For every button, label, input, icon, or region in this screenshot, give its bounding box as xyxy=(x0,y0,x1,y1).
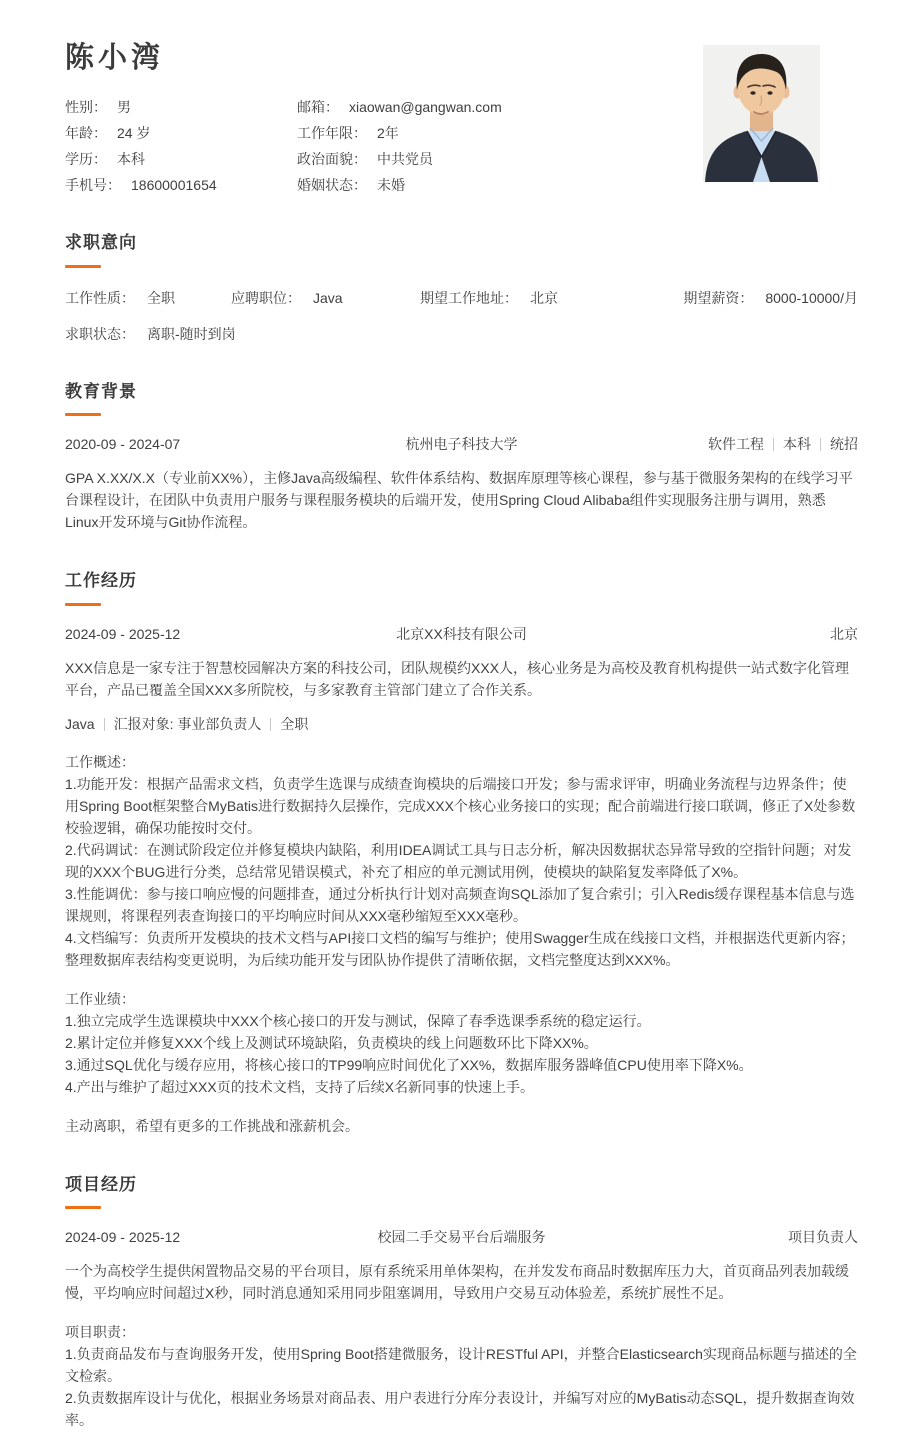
divider xyxy=(820,438,821,451)
section-title-project: 项目经历 xyxy=(65,1175,858,1195)
education-description: GPA X.XX/X.X（专业前XX%），主修Java高级编程、软件体系结构、数… xyxy=(65,467,858,533)
info-age: 年龄：24 岁 xyxy=(65,123,297,143)
work-location: 北京 xyxy=(643,624,858,644)
work-overview-item: 1.功能开发：根据产品需求文档，负责学生选课与成绩查询模块的后端接口开发；参与需… xyxy=(65,773,858,839)
info-degree: 学历：本科 xyxy=(65,149,297,169)
section-title-job-intent: 求职意向 xyxy=(65,233,858,253)
section-underline xyxy=(65,413,101,416)
project-duty-block: 项目职责： 1.负责商品发布与查询服务开发，使用Spring Boot搭建微服务… xyxy=(65,1321,858,1431)
info-phone: 手机号：18600001654 xyxy=(65,175,297,195)
education-degree: 本科 xyxy=(783,436,811,452)
section-project-experience: 项目经历 2024-09 - 2025-12 校园二手交易平台后端服务 项目负责… xyxy=(65,1175,858,1431)
work-achievement-item: 2.累计定位并修复XXX个线上及测试环境缺陷，负责模块的线上问题数环比下降XX%… xyxy=(65,1032,858,1054)
work-employment-type: 全职 xyxy=(280,716,308,732)
profile-photo xyxy=(703,45,820,182)
work-achievement-block: 工作业绩： 1.独立完成学生选课模块中XXX个核心接口的开发与测试，保障了春季选… xyxy=(65,988,858,1098)
section-underline xyxy=(65,603,101,606)
section-education: 教育背景 2020-09 - 2024-07 杭州电子科技大学 软件工程本科统招… xyxy=(65,382,858,533)
job-intent-row: 工作性质：全职 应聘职位：Java 期望工作地址：北京 期望薪资：8000-10… xyxy=(65,288,858,308)
work-overview-item: 3.性能调优：参与接口响应慢的问题排查，通过分析执行计划对高频查询SQL添加了复… xyxy=(65,883,858,927)
project-name: 校园二手交易平台后端服务 xyxy=(280,1227,643,1247)
project-duty-title: 项目职责： xyxy=(65,1321,858,1343)
work-company: 北京XX科技有限公司 xyxy=(280,624,643,644)
work-achievement-item: 4.产出与维护了超过XXX页的技术文档，支持了后续X名新同事的快速上手。 xyxy=(65,1076,858,1098)
work-leave-reason: 主动离职，希望有更多的工作挑战和涨薪机会。 xyxy=(65,1115,858,1137)
project-period: 2024-09 - 2025-12 xyxy=(65,1227,280,1247)
field-target-location: 期望工作地址：北京 xyxy=(420,288,625,308)
project-description: 一个为高校学生提供闲置物品交易的平台项目，原有系统采用单体架构，在并发发布商品时… xyxy=(65,1260,858,1304)
section-underline xyxy=(65,265,101,268)
field-job-status: 求职状态：离职-随时到岗 xyxy=(65,324,858,344)
project-duty-item: 2.负责数据库设计与优化，根据业务场景对商品表、用户表进行分库分表设计，并编写对… xyxy=(65,1387,858,1431)
work-entry-row: 2024-09 - 2025-12 北京XX科技有限公司 北京 xyxy=(65,624,858,644)
field-job-type: 工作性质：全职 xyxy=(65,288,231,308)
section-job-intent: 求职意向 工作性质：全职 应聘职位：Java 期望工作地址：北京 期望薪资：80… xyxy=(65,233,858,343)
info-gender: 性别：男 xyxy=(65,97,297,117)
work-overview-item: 2.代码调试：在测试阶段定位并修复模块内缺陷，利用IDEA调试工具与日志分析，解… xyxy=(65,839,858,883)
education-major: 软件工程 xyxy=(708,436,764,452)
resume-page: 陈小湾 性别：男 邮箱：xiaowan@gangwan.com 年龄：24 岁 … xyxy=(0,0,900,1449)
portrait-illustration xyxy=(703,45,820,182)
project-duty-item: 1.负责商品发布与查询服务开发，使用Spring Boot搭建微服务，设计RES… xyxy=(65,1343,858,1387)
work-report-to: 汇报对象: 事业部负责人 xyxy=(114,716,262,732)
divider xyxy=(773,438,774,451)
work-overview-title: 工作概述： xyxy=(65,751,858,773)
education-entry-row: 2020-09 - 2024-07 杭州电子科技大学 软件工程本科统招 xyxy=(65,434,858,454)
project-entry-row: 2024-09 - 2025-12 校园二手交易平台后端服务 项目负责人 xyxy=(65,1227,858,1247)
education-school: 杭州电子科技大学 xyxy=(280,434,643,454)
work-overview-block: 工作概述： 1.功能开发：根据产品需求文档，负责学生选课与成绩查询模块的后端接口… xyxy=(65,751,858,971)
section-title-work: 工作经历 xyxy=(65,571,858,591)
section-underline xyxy=(65,1206,101,1209)
field-target-position: 应聘职位：Java xyxy=(231,288,420,308)
education-meta: 软件工程本科统招 xyxy=(643,434,858,454)
education-period: 2020-09 - 2024-07 xyxy=(65,434,280,454)
section-title-education: 教育背景 xyxy=(65,382,858,402)
resume-header: 陈小湾 性别：男 邮箱：xiaowan@gangwan.com 年龄：24 岁 … xyxy=(65,42,858,195)
divider xyxy=(270,718,271,731)
field-expected-salary: 期望薪资：8000-10000/月 xyxy=(683,288,858,308)
project-role: 项目负责人 xyxy=(643,1227,858,1247)
education-enrollment-type: 统招 xyxy=(830,436,858,452)
section-work-experience: 工作经历 2024-09 - 2025-12 北京XX科技有限公司 北京 XXX… xyxy=(65,571,858,1136)
work-achievement-item: 1.独立完成学生选课模块中XXX个核心接口的开发与测试，保障了春季选课季系统的稳… xyxy=(65,1010,858,1032)
work-achievement-title: 工作业绩： xyxy=(65,988,858,1010)
divider xyxy=(104,718,105,731)
work-meta-row: Java汇报对象: 事业部负责人全职 xyxy=(65,714,858,734)
work-overview-item: 4.文档编写：负责所开发模块的技术文档与API接口文档的编写与维护；使用Swag… xyxy=(65,927,858,971)
work-position: Java xyxy=(65,716,95,732)
work-company-intro: XXX信息是一家专注于智慧校园解决方案的科技公司，团队规模约XXX人，核心业务是… xyxy=(65,657,858,701)
work-period: 2024-09 - 2025-12 xyxy=(65,624,280,644)
work-achievement-item: 3.通过SQL优化与缓存应用，将核心接口的TP99响应时间优化了XX%，数据库服… xyxy=(65,1054,858,1076)
